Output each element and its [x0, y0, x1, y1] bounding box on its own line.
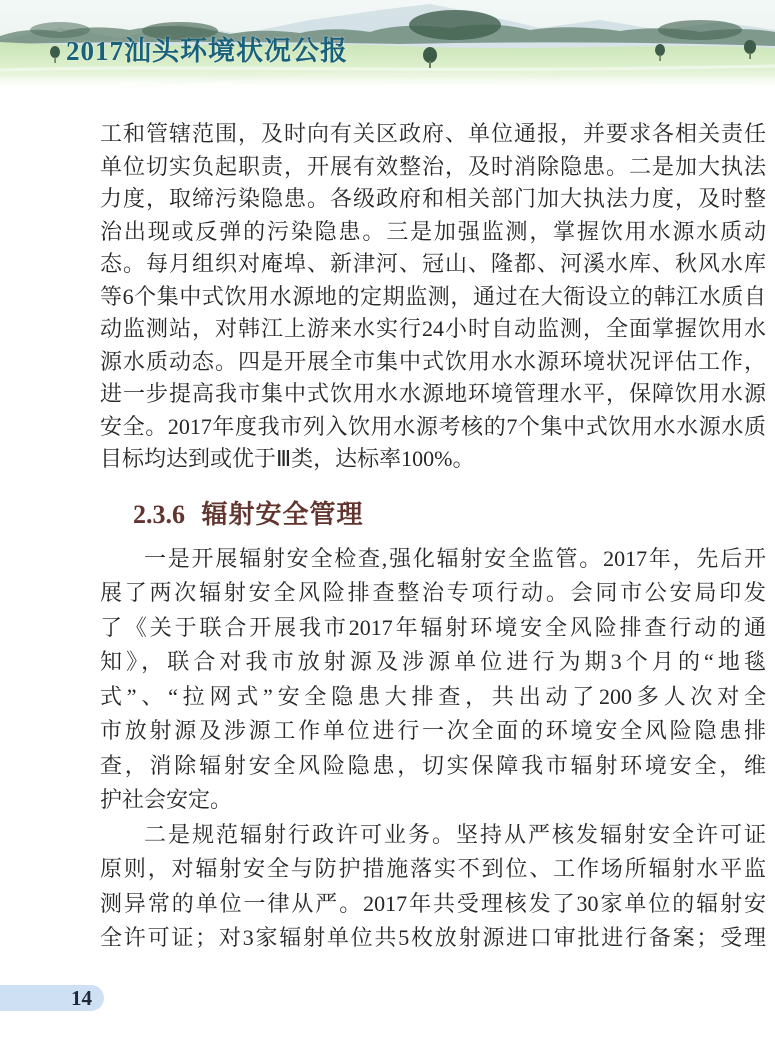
text-line: 二是规范辐射行政许可业务。坚持从严核发辐射安全许可证 — [100, 818, 766, 853]
text-line: 单位切实负起职责，开展有效整治，及时消除隐患。二是加大执法 — [100, 151, 766, 184]
page-number: 14 — [71, 986, 92, 1010]
page-number-pill: 14 — [0, 985, 104, 1011]
text-line: 原则，对辐射安全与防护措施落实不到位、工作场所辐射水平监 — [100, 852, 766, 887]
text-line: 式”、“拉网式”安全隐患大排查，共出动了200多人次对全 — [100, 680, 766, 715]
text-line: 测异常的单位一律从严。2017年共受理核发了30家单位的辐射安 — [100, 887, 766, 922]
text-line: 展了两次辐射安全风险排查整治专项行动。会同市公安局印发 — [100, 576, 766, 611]
text-line: 动监测站，对韩江上游来水实行24小时自动监测，全面掌握饮用水 — [100, 313, 766, 346]
text-line: 目标均达到或优于Ⅲ类，达标率100%。 — [100, 443, 766, 476]
header-banner: 2017汕头环境状况公报 — [0, 0, 775, 88]
text-line: 一是开展辐射安全检查,强化辐射安全监管。2017年，先后开 — [100, 542, 766, 577]
text-line: 安全。2017年度我市列入饮用水源考核的7个集中式饮用水水源水质 — [100, 411, 766, 444]
document-page: 2017汕头环境状况公报 工和管辖范围，及时向有关区政府、单位通报，并要求各相关… — [0, 0, 775, 1059]
paragraph-radiation-licensing: 二是规范辐射行政许可业务。坚持从严核发辐射安全许可证 原则，对辐射安全与防护措施… — [100, 818, 766, 956]
text-line: 全许可证；对3家辐射单位共5枚放射源进口审批进行备案；受理 — [100, 921, 766, 956]
text-line: 了《关于联合开展我市2017年辐射环境安全风险排查行动的通 — [100, 611, 766, 646]
text-line: 工和管辖范围，及时向有关区政府、单位通报，并要求各相关责任 — [100, 118, 766, 151]
text-line: 进一步提高我市集中式饮用水水源地环境管理水平，保障饮用水源 — [100, 378, 766, 411]
section-number: 2.3.6 — [133, 500, 185, 529]
text-line: 等6个集中式饮用水源地的定期监测，通过在大衙设立的韩江水质自 — [100, 281, 766, 314]
text-line: 市放射源及涉源工作单位进行一次全面的环境安全风险隐患排 — [100, 714, 766, 749]
report-title: 2017汕头环境状况公报 — [66, 29, 348, 68]
page-content: 工和管辖范围，及时向有关区政府、单位通报，并要求各相关责任 单位切实负起职责，开… — [100, 118, 766, 956]
text-line: 知》，联合对我市放射源及涉源单位进行为期3个月的“地毯 — [100, 645, 766, 680]
text-line: 查，消除辐射安全风险隐患，切实保障我市辐射环境安全，维 — [100, 749, 766, 784]
text-line: 源水质动态。四是开展全市集中式饮用水水源环境状况评估工作， — [100, 346, 766, 379]
paragraph-water-source: 工和管辖范围，及时向有关区政府、单位通报，并要求各相关责任 单位切实负起职责，开… — [100, 118, 766, 476]
section-heading: 2.3.6 辐射安全管理 — [133, 494, 766, 531]
text-line: 力度，取缔污染隐患。各级政府和相关部门加大执法力度，及时整 — [100, 183, 766, 216]
text-line: 护社会安定。 — [100, 783, 766, 818]
paragraph-radiation-inspection: 一是开展辐射安全检查,强化辐射安全监管。2017年，先后开 展了两次辐射安全风险… — [100, 542, 766, 818]
text-line: 治出现或反弹的污染隐患。三是加强监测，掌握饮用水源水质动 — [100, 216, 766, 249]
section-title: 辐射安全管理 — [202, 500, 364, 529]
text-line: 态。每月组织对庵埠、新津河、冠山、隆都、河溪水库、秋风水库 — [100, 248, 766, 281]
